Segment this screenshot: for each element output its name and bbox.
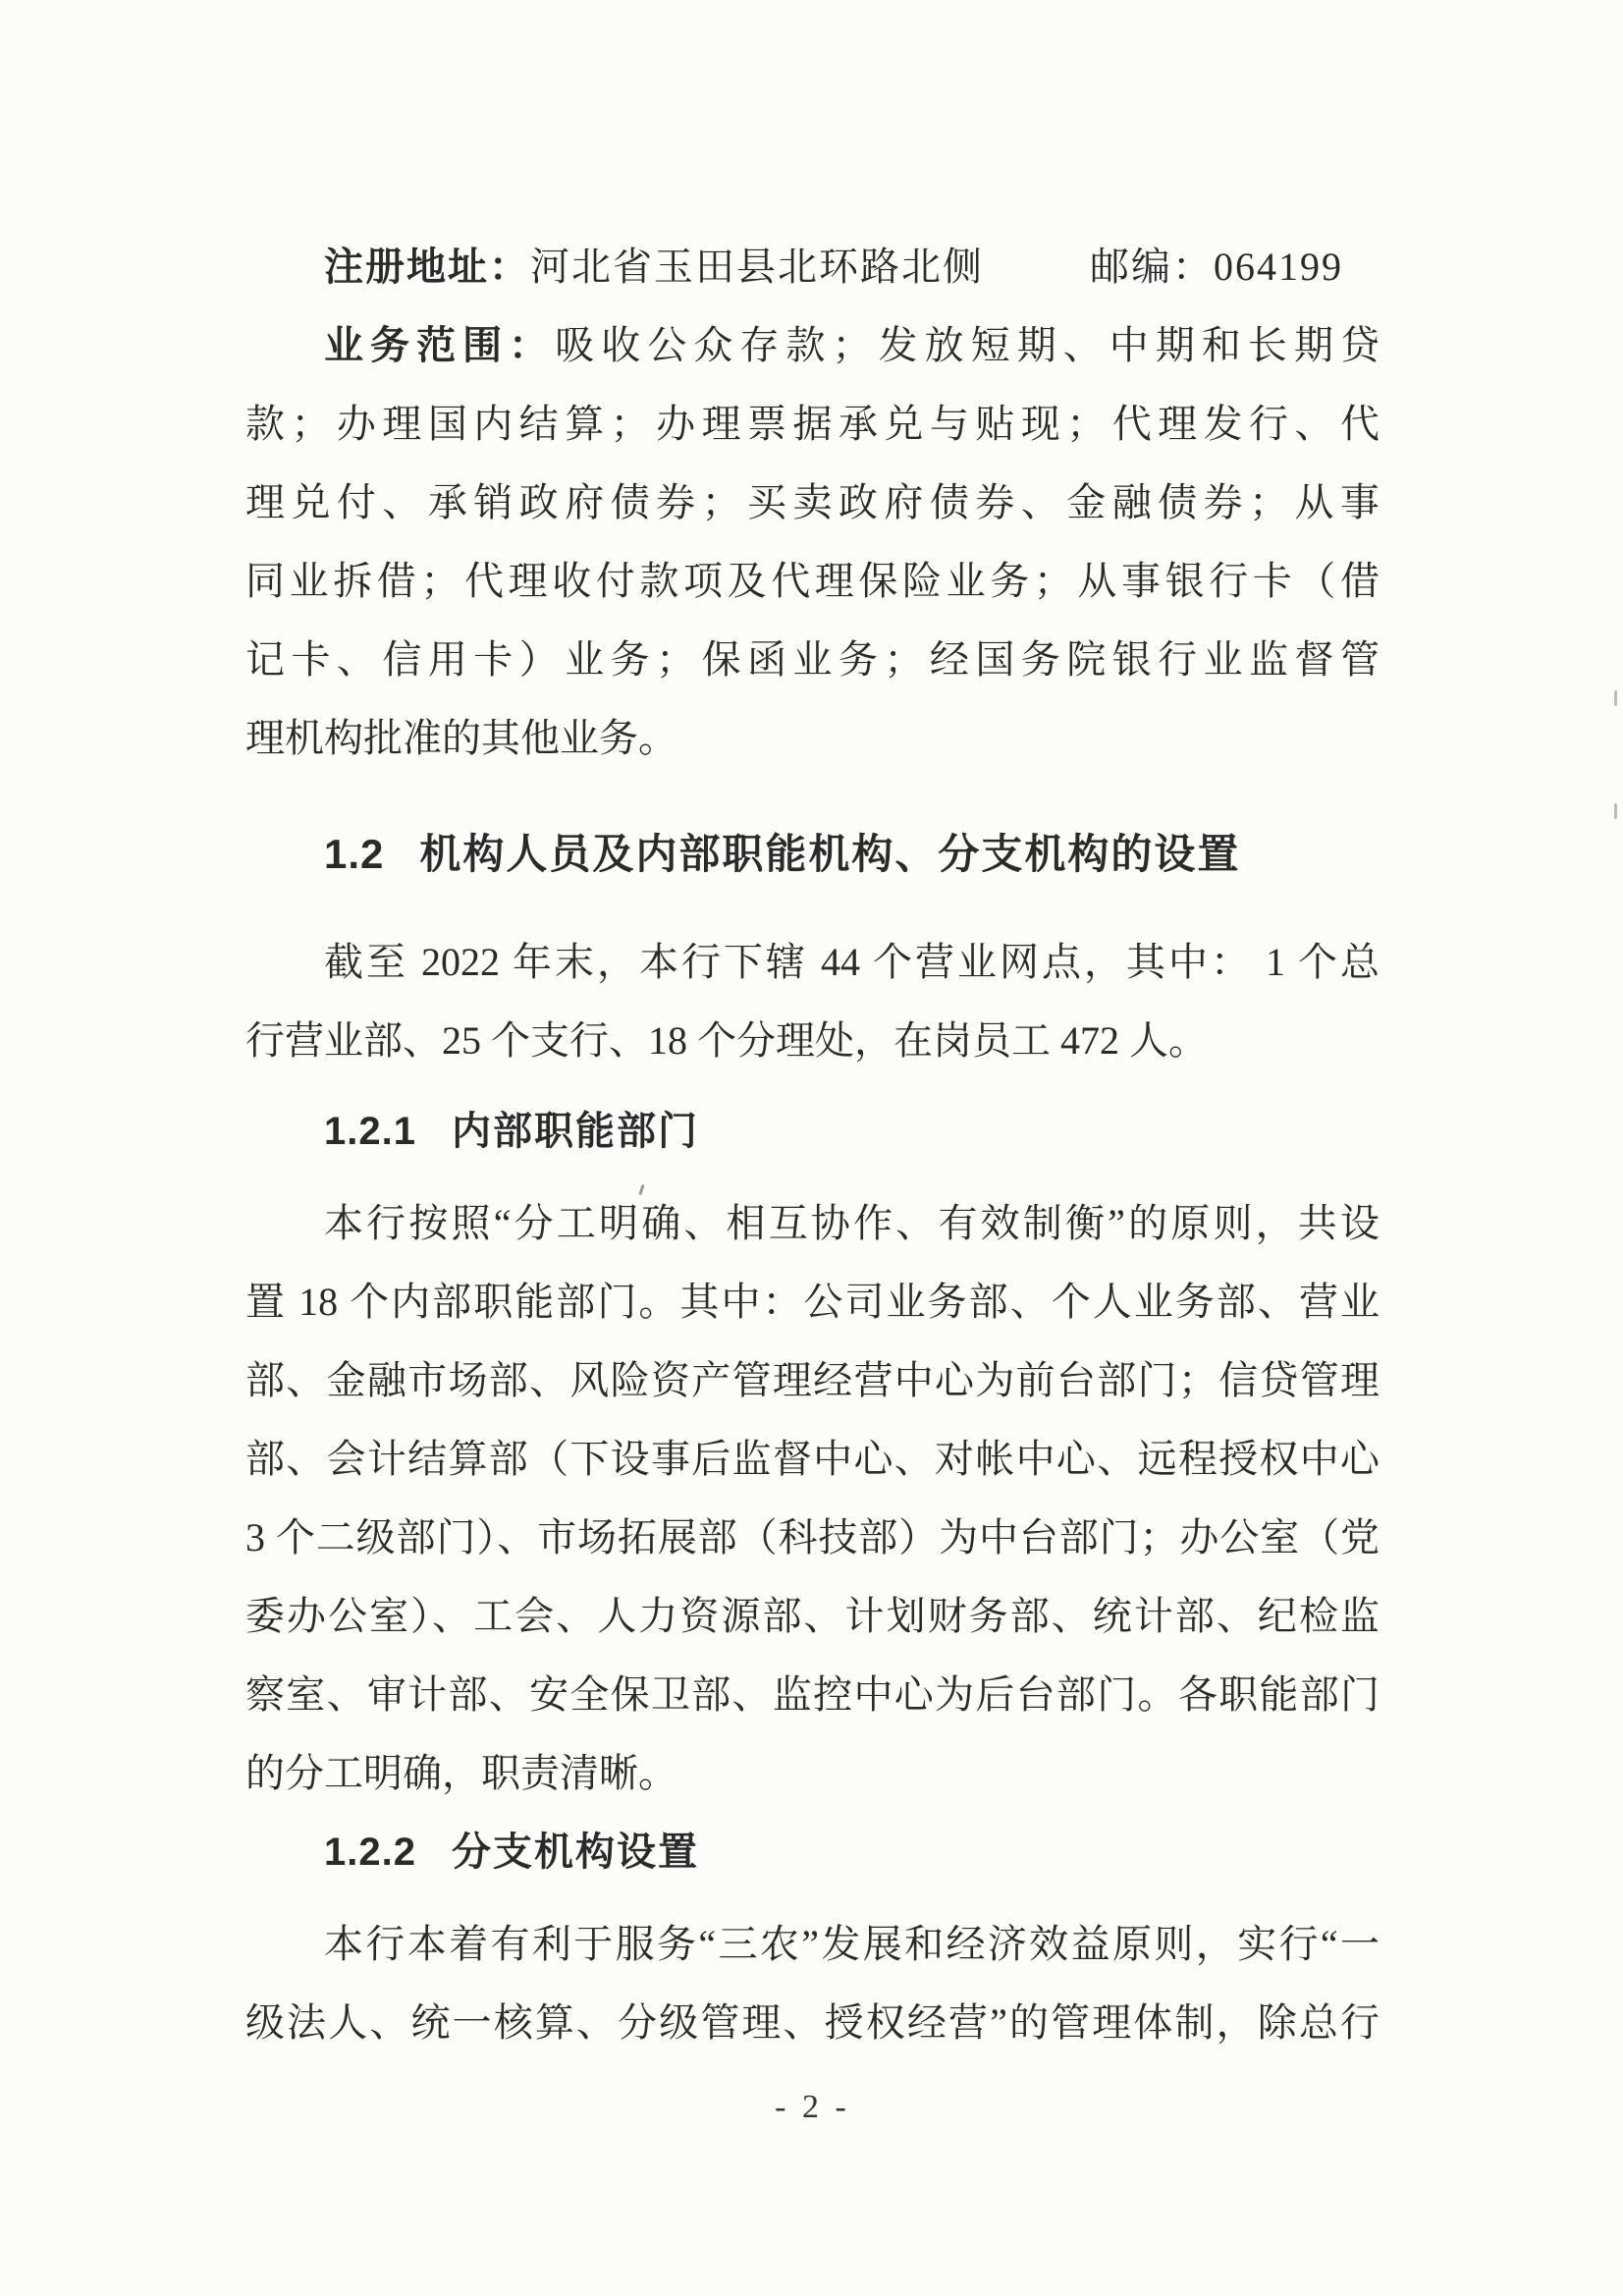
scan-artifact [1614,690,1617,706]
text-line: 的分工明确，职责清晰。 [245,1734,1380,1813]
text-line: 理机构批准的其他业务。 [245,699,1380,778]
text-line: 部、金融市场部、风险资产管理经营中心为前台部门；信贷管理 [245,1341,1380,1420]
document-page: 注册地址：河北省玉田县北环路北侧邮编：064199 业务范围：吸收公众存款；发放… [0,0,1623,2296]
network-paragraph: 截至 2022 年末，本行下辖 44 个营业网点，其中： 1 个总行营业部、25… [245,923,1380,1080]
text-line: 部、会计结算部（下设事后监督中心、对帐中心、远程授权中心 [245,1420,1380,1499]
text-line: 款；办理国内结算；办理票据承兑与贴现；代理发行、代 [245,385,1380,464]
section-heading-1-2-2: 1.2.2分支机构设置 [245,1813,1380,1891]
page-number: - 2 - [245,2087,1380,2128]
business-scope-text: 吸收公众存款；发放短期、中期和长期贷 [555,323,1380,367]
business-scope-paragraph: 业务范围：吸收公众存款；发放短期、中期和长期贷 款；办理国内结算；办理票据承兑与… [245,306,1380,778]
business-scope-label: 业务范围： [324,323,555,367]
text-line: 委办公室）、工会、人力资源部、计划财务部、统计部、纪检监 [245,1577,1380,1656]
text-line: 本行本着有利于服务“三农”发展和经济效益原则，实行“一 [245,1905,1380,1984]
section-heading-1-2: 1.2机构人员及内部职能机构、分支机构的设置 [245,815,1380,894]
section-title: 内部职能部门 [452,1110,699,1153]
departments-paragraph: 本行按照“分工明确、相互协作、有效制衡”的原则，共设置 18 个内部职能部门。其… [245,1184,1380,1813]
section-title: 机构人员及内部职能机构、分支机构的设置 [419,831,1240,877]
branches-paragraph: 本行本着有利于服务“三农”发展和经济效益原则，实行“一级法人、统一核算、分级管理… [245,1905,1380,2062]
registration-address: 河北省玉田县北环路北侧 [530,245,984,289]
text-line: 级法人、统一核算、分级管理、授权经营”的管理体制，除总行 [245,1984,1380,2062]
section-number: 1.2.1 [324,1110,416,1153]
section-heading-1-2-1: 1.2.1内部职能部门 [245,1092,1380,1171]
page-content: 注册地址：河北省玉田县北环路北侧邮编：064199 业务范围：吸收公众存款；发放… [245,228,1380,2128]
text-line: 行营业部、25 个支行、18 个分理处，在岗员工 472 人。 [245,1002,1380,1080]
text-line: 记卡、信用卡）业务；保函业务；经国务院银行业监督管 [245,621,1380,699]
section-title: 分支机构设置 [452,1831,699,1874]
text-line: 本行按照“分工明确、相互协作、有效制衡”的原则，共设 [245,1184,1380,1263]
scan-artifact [1614,803,1617,819]
postal-code: 邮编：064199 [1090,245,1343,289]
text-line: 同业拆借；代理收付款项及代理保险业务；从事银行卡（借 [245,542,1380,621]
business-scope-first-line: 业务范围：吸收公众存款；发放短期、中期和长期贷 [245,306,1380,385]
text-line: 3 个二级部门）、市场拓展部（科技部）为中台部门；办公室（党 [245,1499,1380,1577]
text-line: 察室、审计部、安全保卫部、监控中心为后台部门。各职能部门 [245,1656,1380,1734]
text-line: 理兑付、承销政府债券；买卖政府债券、金融债券；从事 [245,464,1380,542]
registration-address-line: 注册地址：河北省玉田县北环路北侧邮编：064199 [245,228,1380,306]
registration-label: 注册地址： [324,245,530,289]
text-line: 截至 2022 年末，本行下辖 44 个营业网点，其中： 1 个总 [245,923,1380,1002]
section-number: 1.2.2 [324,1831,416,1874]
text-line: 置 18 个内部职能部门。其中：公司业务部、个人业务部、营业 [245,1263,1380,1341]
section-number: 1.2 [324,831,384,877]
